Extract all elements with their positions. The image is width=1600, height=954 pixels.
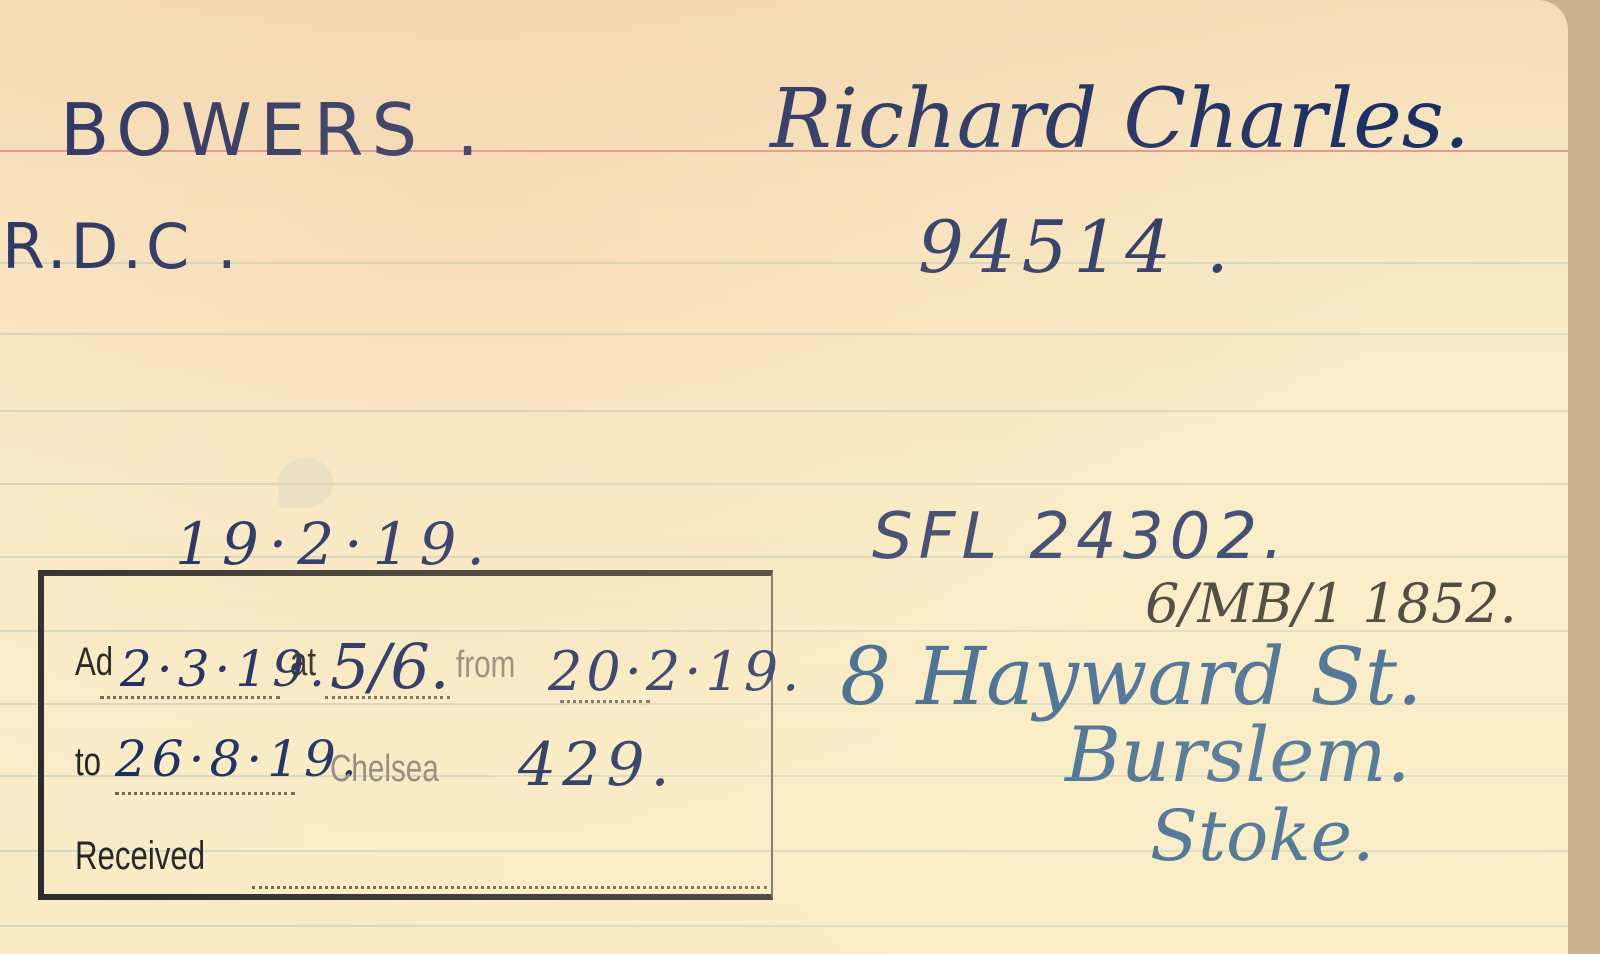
- received-label: Received: [75, 834, 205, 879]
- pension-rate: 5/6.: [330, 630, 450, 703]
- ruled-line: [0, 410, 1568, 412]
- at-label: at: [290, 640, 316, 685]
- ruled-line: [0, 925, 1568, 927]
- surname: BOWERS .: [60, 88, 487, 172]
- to-date: 26·8·19.: [115, 730, 362, 788]
- received-dotted-line: [252, 886, 767, 889]
- from-label: from: [456, 644, 515, 687]
- from-date: 20·2·19.: [548, 640, 803, 703]
- ruled-line: [0, 333, 1568, 335]
- to-label: to: [75, 740, 101, 785]
- chelsea-number: 429.: [518, 730, 676, 800]
- reference-number: SFL 24302.: [872, 500, 1289, 574]
- date: 19·2·19.: [175, 510, 495, 578]
- index-card: BOWERS . Richard Charles. R.D.C . 94514 …: [0, 0, 1568, 954]
- file-number: 6/MB/1 1852.: [1145, 572, 1517, 635]
- ink-smudge: [278, 458, 333, 508]
- address-line3: Stoke.: [1150, 795, 1374, 877]
- to-dotted-line: [115, 792, 295, 795]
- service-number: 94514 .: [918, 205, 1235, 289]
- admitted-label: Ad: [75, 640, 113, 685]
- unit: R.D.C .: [2, 210, 241, 283]
- ruled-line: [0, 483, 1568, 485]
- forenames: Richard Charles.: [770, 72, 1470, 167]
- chelsea-label: Chelsea: [330, 748, 439, 791]
- address-line2: Burslem.: [1065, 710, 1411, 799]
